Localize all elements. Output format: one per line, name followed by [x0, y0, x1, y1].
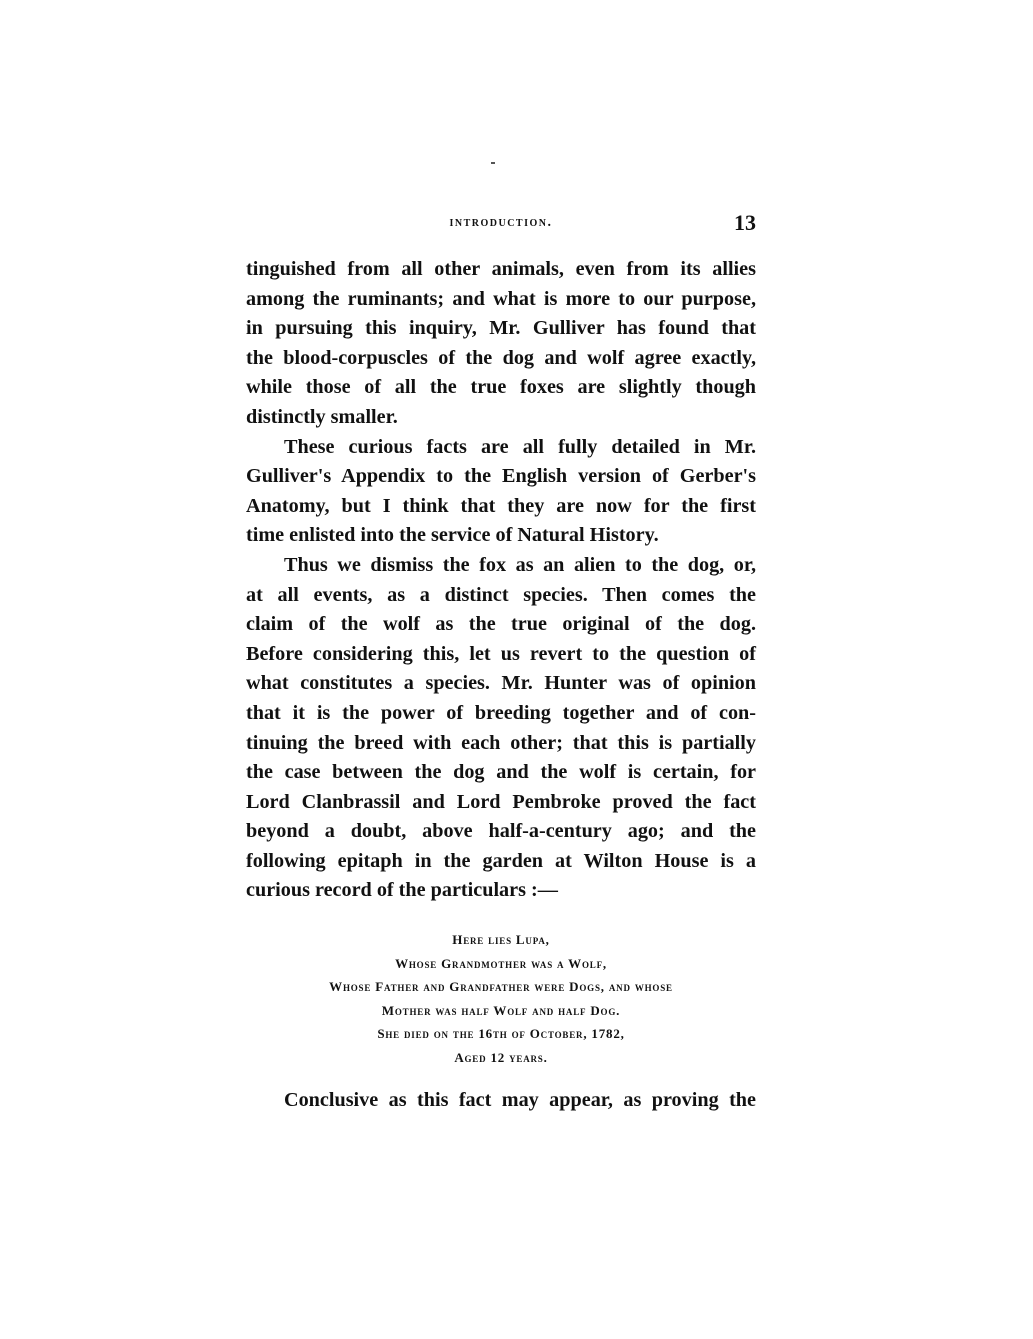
text-line: among the ruminants; and what is more to… — [246, 285, 756, 315]
epitaph-line: Aged 12 years. — [246, 1046, 756, 1070]
text-line: Thus we dismiss the fox as an alien to t… — [246, 551, 756, 581]
text-line: time enlisted into the service of Natura… — [246, 521, 756, 551]
text-line: claim of the wolf as the true original o… — [246, 610, 756, 640]
text-line: what constitutes a species. Mr. Hunter w… — [246, 669, 756, 699]
body-text: tinguished from all other animals, even … — [246, 255, 756, 906]
text-line: Before considering this, let us revert t… — [246, 640, 756, 670]
text-line: These curious facts are all fully detail… — [246, 433, 756, 463]
text-line: Conclusive as this fact may appear, as p… — [246, 1086, 756, 1116]
text-line: tinguished from all other animals, even … — [246, 255, 756, 285]
text-line: following epitaph in the garden at Wilto… — [246, 847, 756, 877]
text-line: beyond a doubt, above half-a-century ago… — [246, 817, 756, 847]
text-line: curious record of the particulars :— — [246, 876, 756, 906]
text-line: at all events, as a distinct species. Th… — [246, 581, 756, 611]
paragraph-3: Thus we dismiss the fox as an alien to t… — [246, 551, 756, 906]
text-line: in pursuing this inquiry, Mr. Gulliver h… — [246, 314, 756, 344]
epitaph-line: Whose Grandmother was a Wolf, — [246, 952, 756, 976]
closing-paragraph: Conclusive as this fact may appear, as p… — [246, 1086, 756, 1116]
running-head: Introduction. 13 — [246, 212, 756, 236]
text-line: the case between the dog and the wolf is… — [246, 758, 756, 788]
epitaph-line: Whose Father and Grandfather were Dogs, … — [246, 975, 756, 999]
text-line: distinctly smaller. — [246, 403, 756, 433]
text-line: that it is the power of breeding togethe… — [246, 699, 756, 729]
text-line: while those of all the true foxes are sl… — [246, 373, 756, 403]
epitaph-line: She died on the 16th of October, 1782, — [246, 1022, 756, 1046]
text-line: the blood-corpuscles of the dog and wolf… — [246, 344, 756, 374]
text-line: Lord Clanbrassil and Lord Pembroke prove… — [246, 788, 756, 818]
text-line: Gulliver's Appendix to the English versi… — [246, 462, 756, 492]
book-page: Introduction. 13 tinguished from all oth… — [0, 0, 1033, 1339]
page-number: 13 — [734, 210, 756, 236]
epitaph-block: Here lies Lupa, Whose Grandmother was a … — [246, 928, 756, 1070]
text-line: Anatomy, but I think that they are now f… — [246, 492, 756, 522]
scan-speck — [491, 162, 495, 164]
text-line: tinuing the breed with each other; that … — [246, 729, 756, 759]
epitaph-line: Here lies Lupa, — [246, 928, 756, 952]
paragraph-2: These curious facts are all fully detail… — [246, 433, 756, 551]
paragraph-1: tinguished from all other animals, even … — [246, 255, 756, 433]
running-head-title: Introduction. — [246, 215, 756, 231]
epitaph-line: Mother was half Wolf and half Dog. — [246, 999, 756, 1023]
